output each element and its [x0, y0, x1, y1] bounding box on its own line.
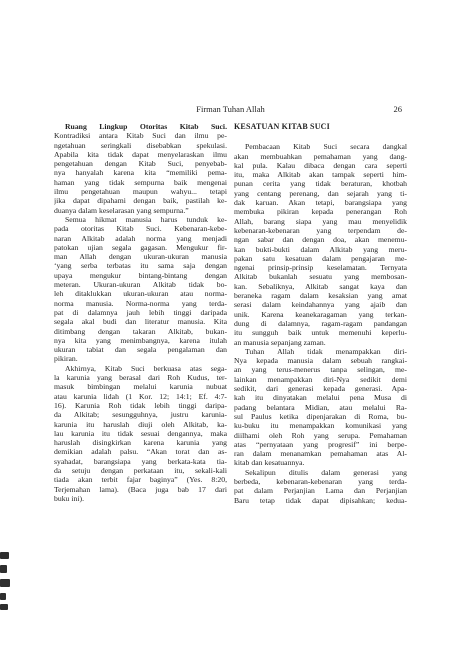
right-column: KESATUAN KITAB SUCIPembacaan Kitab Suci … — [234, 122, 407, 505]
text-line: Kontradiksi antara Kitab Suci dan ilmu p… — [54, 131, 227, 140]
text-line: Akhirnya, Kitab Suci berkuasa atas sega- — [54, 364, 227, 373]
text-line: ngan sabar dan dengan doa, akan menemu- — [234, 235, 407, 244]
text-line: masuk bimbingan melalui karunia nubuat — [54, 382, 227, 391]
text-line: pat di dalamnya jauh lebih tinggi daripa… — [54, 308, 227, 317]
text-line: kitab dan kesatuannya. — [234, 458, 407, 467]
text-line: yang centang perenang, dan sejarah yang … — [234, 189, 407, 198]
text-line: lainkan menampakkan diri-Nya sedikit dem… — [234, 375, 407, 384]
text-line: naran Alkitab adalah norma yang menjadi — [54, 234, 227, 243]
text-line: da setuju dengan perkataan itu, sekali-k… — [54, 466, 227, 475]
text-line: haman yang tidak sempurna baik mengenai — [54, 178, 227, 187]
left-column: Ruang Lingkup Otoritas Kitab Suci.Kontra… — [54, 122, 227, 505]
text-line: duanya dalam keselarasan yang sempurna.” — [54, 206, 227, 215]
text-line: kah itu dinyatakan melalui pena Musa di — [234, 393, 407, 402]
text-line: leh ditaklukkan ukuran-ukuran atau norma… — [54, 289, 227, 298]
text-line: haruslah disingkirkan karena karunia yan… — [54, 438, 227, 447]
scan-artifact-mark — [0, 552, 9, 559]
book-page: Firman Tuhan Allah 26 Ruang Lingkup Otor… — [0, 0, 460, 650]
text-line: jika dapat dipahami dengan baik, pastila… — [54, 196, 227, 205]
run-in-heading: Ruang Lingkup Otoritas Kitab Suci. — [54, 122, 227, 131]
text-line: padang belantara Midian, atau melalui Ra… — [234, 403, 407, 412]
paragraph: Akhirnya, Kitab Suci berkuasa atas sega-… — [54, 364, 227, 503]
text-line: Pembacaan Kitab Suci secara dangkal — [234, 142, 407, 151]
text-line: unik. Karena keanekaragaman yang terkan- — [234, 310, 407, 319]
text-line: serasi dalam keindahannya yang ajaib dan — [234, 300, 407, 309]
text-line: 16). Karunia Roh tidak lebih tinggi dari… — [54, 401, 227, 410]
scan-artifact-mark — [0, 593, 6, 600]
text-line: pat dalam Perjanjian Lama dan Perjanjian — [234, 486, 407, 495]
text-line: berbeda, kebenaran-kebenaran yang terda- — [234, 477, 407, 486]
text-line: upaya mengukur bintang-bintang dengan — [54, 271, 227, 280]
text-line: kan. Sebaliknya, Alkitab sangat kaya dan — [234, 282, 407, 291]
text-line: kebenaran-kebenaran yang terpendam de- — [234, 226, 407, 235]
text-line: itu sungguh baik untuk memenuhi keperlu- — [234, 328, 407, 337]
text-line: segala akal budi dan literatur manusia. … — [54, 317, 227, 326]
text-line: meteran. Ukuran-ukuran Alkitab tidak bo- — [54, 280, 227, 289]
text-line: lau karunia itu tidak sesuai dengannya, … — [54, 429, 227, 438]
text-line: buku ini). — [54, 494, 227, 503]
text-line: nya kita yang menimbangnya, karena itula… — [54, 336, 227, 345]
text-line: Apabila kita tidak dapat menyelaraskan i… — [54, 150, 227, 159]
text-line: ditimbang dengan takaran Alkitab, bukan- — [54, 327, 227, 336]
text-line: kan bukti-bukti dalam Alkitab yang meru- — [234, 245, 407, 254]
text-line: dung di dalamnya, ragam-ragam pandangan — [234, 319, 407, 328]
text-line: Sekalipun ditulis dalam generasi yang — [234, 468, 407, 477]
text-line: sedikit, dari generasi kepada generasi. … — [234, 384, 407, 393]
text-line: atau karunia lidah (1 Kor. 12; 14:1; Ef.… — [54, 392, 227, 401]
text-line: tiada akan terbit fajar baginya” (Yes. 8… — [54, 475, 227, 484]
text-line: ngenai prinsip-prinsip keselamatan. Tern… — [234, 263, 407, 272]
text-line: Allah, barang siapa yang mau menyelidik — [234, 217, 407, 226]
page-number: 26 — [394, 103, 403, 115]
text-line: pada otoritas Kitab Suci. Kebenaran-kebe… — [54, 224, 227, 233]
text-line: sul Paulus ketika dipenjarakan di Roma, … — [234, 412, 407, 421]
scan-artifact-mark — [0, 565, 7, 573]
text-line: an yang terus-menerus tanpa selingan, me… — [234, 365, 407, 374]
text-line: man Allah dengan ukuran-ukuran manusia — [54, 252, 227, 261]
paragraph: Sekalipun ditulis dalam generasi yangber… — [234, 468, 407, 505]
text-line: ‘yang serba terbatas itu sama saja denga… — [54, 261, 227, 270]
text-line: an manusia sepanjang zaman. — [234, 338, 407, 347]
text-line: norma manusia. Norma-norma yang terda- — [54, 299, 227, 308]
text-line: nya hanyalah karena kita “memiliki pema- — [54, 168, 227, 177]
text-line: pakan satu kesatuan dalam pengajaran me- — [234, 254, 407, 263]
text-line: ran dalam menanamkan pemahaman atas Al- — [234, 449, 407, 458]
paragraph: Ruang Lingkup Otoritas Kitab Suci.Kontra… — [54, 122, 227, 215]
section-heading: KESATUAN KITAB SUCI — [234, 122, 407, 131]
text-line: ngetahuan seringkali disebabkan spekulas… — [54, 141, 227, 150]
scan-artifact-mark — [0, 579, 10, 587]
text-line: dak karuan. Akan tetapi, barangsiapa yan… — [234, 198, 407, 207]
text-line: kal pula. Kalau dibaca dengan cara seper… — [234, 161, 407, 170]
text-line: pengetahuan dengan Kitab Suci, penyebab- — [54, 159, 227, 168]
text-line: karunia itu haruslah diuji oleh Alkitab,… — [54, 420, 227, 429]
scan-artifact-mark — [0, 604, 8, 610]
paragraph: Semua hikmat manusia harus tunduk ke-pad… — [54, 215, 227, 364]
text-line: pikiran. — [54, 354, 227, 363]
text-line: Baru tetap tidak dapat dipisahkan; kedua… — [234, 496, 407, 505]
text-line: atas “pernyataan yang progresif” ini ber… — [234, 440, 407, 449]
text-line: membuka pikiran kepada penerangan Roh — [234, 207, 407, 216]
text-line: Alkitab bukanlah sesuatu yang membosan- — [234, 272, 407, 281]
text-line: Tuhan Allah tidak menampakkan diri- — [234, 347, 407, 356]
text-line: ilmu pengetahuan maupun wahyu... tetapi — [54, 187, 227, 196]
text-line: Terjemahan lama). (Baca juga bab 17 dari — [54, 485, 227, 494]
text-line: ukuran tabiat dan segala pengalaman dan — [54, 345, 227, 354]
text-line: ku-buku itu menampakkan komunikasi yang — [234, 421, 407, 430]
paragraph: Tuhan Allah tidak menampakkan diri-Nya k… — [234, 347, 407, 468]
text-line: da Alkitab; sesungguhnya, justru karunia… — [54, 410, 227, 419]
text-line: patokan ujian segala gagasan. Mengukur f… — [54, 243, 227, 252]
text-line: akan membuahkan pemahaman yang dang- — [234, 152, 407, 161]
running-title: Firman Tuhan Allah — [54, 103, 407, 115]
text-columns: Ruang Lingkup Otoritas Kitab Suci.Kontra… — [54, 122, 407, 505]
paragraph: Pembacaan Kitab Suci secara dangkalakan … — [234, 142, 407, 347]
text-line: diilhami oleh Roh yang serupa. Pemahaman — [234, 431, 407, 440]
text-line: punan cerita yang tidak beraturan, khotb… — [234, 179, 407, 188]
text-line: Nya kepada manusia dalam sebuah rangkai- — [234, 356, 407, 365]
text-line: demikian adalah palsu. “Akan torat dan a… — [54, 447, 227, 456]
running-header: Firman Tuhan Allah 26 — [54, 103, 407, 115]
text-line: la karunia yang berasal dari Roh Kudus, … — [54, 373, 227, 382]
text-line: syahadat, barangsiapa yang berkata-kata … — [54, 457, 227, 466]
text-line: Semua hikmat manusia harus tunduk ke- — [54, 215, 227, 224]
text-line: itu, maka Alkitab akan tampak seperti hi… — [234, 170, 407, 179]
text-line: beraneka ragam dalam kesaksian yang amat — [234, 291, 407, 300]
